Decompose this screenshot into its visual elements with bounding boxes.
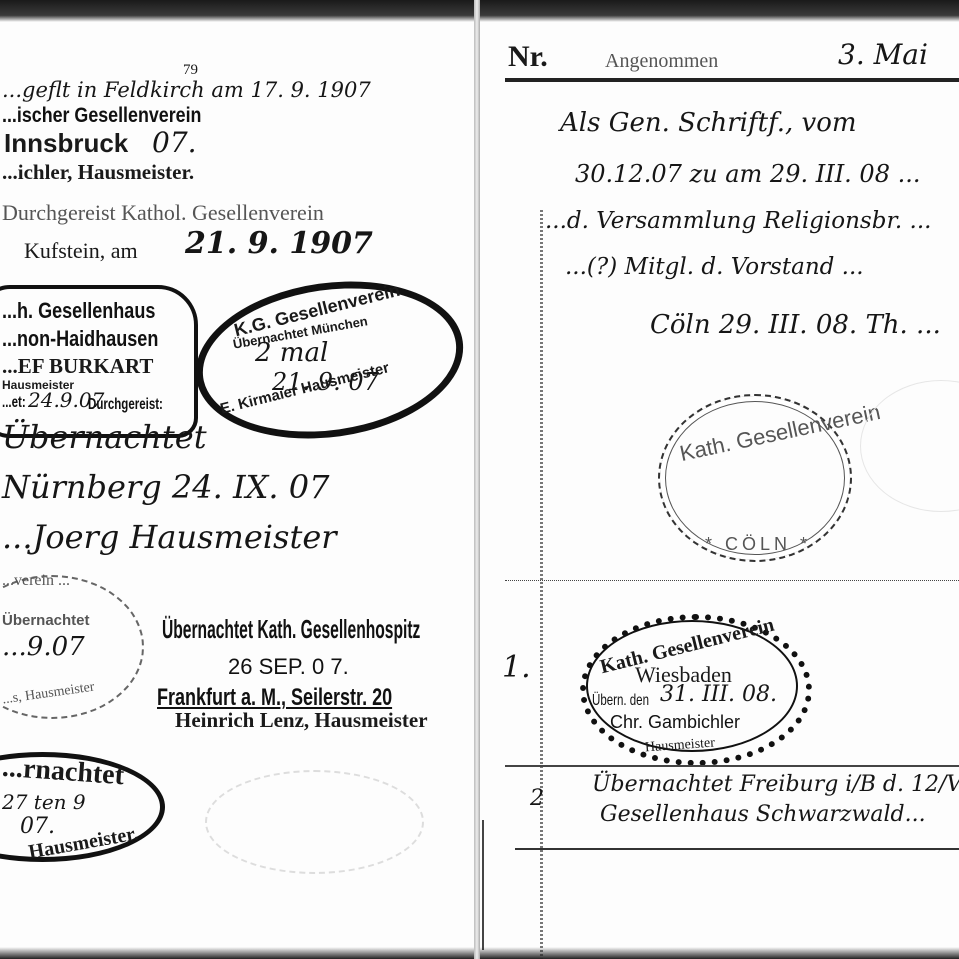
header-angenommen: Angenommen: [605, 50, 718, 73]
nuernberg-line1: Übernachtet: [2, 418, 207, 456]
wiesbaden-entry-number: 1.: [502, 650, 531, 685]
faint-stamp-date: ...9.07: [2, 632, 85, 662]
innsbruck-stamp-line3: ...ichler, Hausmeister.: [2, 160, 194, 185]
freiburg-entry-number: 2: [530, 786, 544, 811]
coeln-note-line4: ...(?) Mitgl. d. Vorstand ...: [565, 254, 864, 280]
haidhausen-line5: ...et:: [2, 394, 26, 412]
innsbruck-stamp-city: Innsbruck: [4, 128, 128, 159]
page-edge-shadow: [0, 947, 474, 959]
coeln-note-line3: ...d. Versammlung Religionsbr. ...: [545, 208, 931, 234]
haidhausen-line6: Durchgereist:: [88, 396, 163, 414]
kufstein-stamp-line1: Durchgereist Kathol. Gesellenverein: [2, 200, 324, 226]
header-date: 3. Mai: [838, 38, 928, 71]
faint-stamp-line1: ...verein ...: [2, 572, 70, 590]
freiburg-line1: Übernachtet Freiburg i/B d. 12/VIII ...: [592, 772, 959, 797]
row-divider: [515, 848, 959, 850]
page-number: 79: [183, 62, 198, 79]
page-border: [482, 820, 484, 950]
muenchen-stamp: [186, 265, 474, 455]
page-edge-shadow: [480, 947, 959, 959]
innsbruck-stamp-line1: ...ischer Gesellenverein: [2, 104, 201, 128]
faint-stamp-line2: Übernachtet: [2, 612, 90, 629]
wiesbaden-line4: Chr. Gambichler: [610, 712, 740, 733]
row-divider: [505, 765, 959, 767]
bottom-stamp-hand2: 07.: [20, 814, 55, 839]
kufstein-stamp-line2: Kufstein, am: [24, 238, 138, 264]
header-rule: [505, 78, 959, 82]
margin-line: [540, 210, 543, 959]
header-nr: Nr.: [508, 40, 548, 74]
right-page: Nr. Angenommen 3. Mai Als Gen. Schriftf.…: [480, 0, 959, 959]
frankfurt-line4: Heinrich Lenz, Hausmeister: [175, 708, 428, 733]
coeln-seal-line2: * CÖLN *: [705, 534, 811, 555]
haidhausen-line2: ...non-Haidhausen: [2, 326, 158, 352]
coeln-note-line1: Als Gen. Schriftf., vom: [560, 108, 857, 138]
nuernberg-line2: Nürnberg 24. IX. 07: [2, 468, 329, 506]
muenchen-hand1: 2 mal: [255, 338, 328, 368]
wiesbaden-line3: Übern. den: [592, 692, 649, 710]
haidhausen-line1: ...h. Gesellenhaus: [2, 298, 155, 324]
nuernberg-line3: ...Joerg Hausmeister: [2, 518, 337, 556]
frankfurt-line1: Übernachtet Kath. Gesellenhospitz: [162, 614, 420, 645]
left-page: 79 ...geflt in Feldkirch am 17. 9. 1907 …: [0, 0, 474, 959]
page-edge-shadow: [480, 0, 959, 22]
feldkirch-entry: ...geflt in Feldkirch am 17. 9. 1907: [2, 78, 371, 102]
coeln-note-line2: 30.12.07 zu am 29. III. 08 ...: [575, 160, 920, 188]
wiesbaden-date: 31. III. 08.: [660, 682, 777, 707]
bottom-stamp-hand1: 27 ten 9: [2, 790, 86, 814]
row-divider: [505, 580, 959, 581]
freiburg-line2: Gesellenhaus Schwarzwald...: [600, 802, 926, 827]
kufstein-date: 21. 9. 1907: [185, 226, 373, 261]
page-edge-shadow: [0, 0, 474, 22]
frankfurt-date: 26 SEP. 0 7.: [228, 654, 349, 680]
coeln-note-signature: Cöln 29. III. 08. Th. ...: [650, 310, 941, 340]
ghost-stamp: [205, 770, 424, 874]
innsbruck-handwritten: 07.: [152, 126, 197, 159]
haidhausen-line3: ...EF BURKART: [2, 354, 153, 379]
